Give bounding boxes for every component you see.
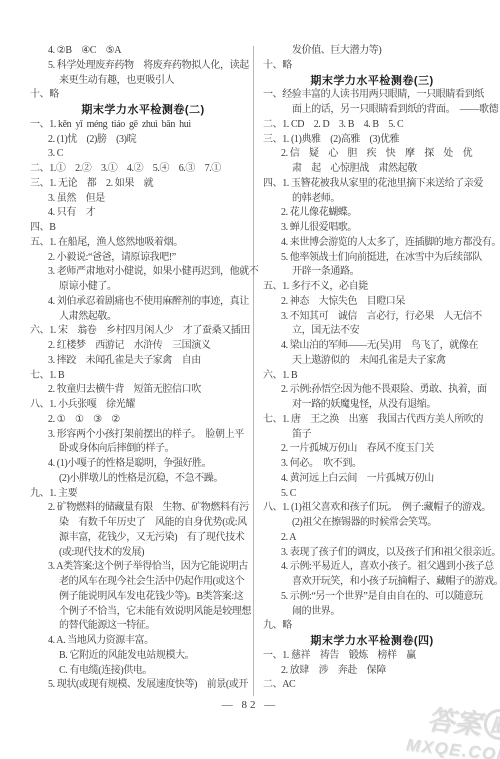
answer-line: 3. 形容两个小孩打架前摆出的样子。 脸朝上平 xyxy=(30,428,256,443)
answer-line: 老的风车在现今社会生活中仍起作用(或这个 xyxy=(30,575,256,590)
answer-line: 2. 小毅说:“爸爸，请原谅我吧!” xyxy=(30,251,256,266)
answer-line: 的韩老师。 xyxy=(263,192,481,207)
answer-line: 开辟一条通路。 xyxy=(263,265,481,280)
answer-line: 天上遨游似的 未闻孔雀是夫子家禽 xyxy=(263,354,481,369)
answer-line: 例子能说明风车发电花钱少等)。B类答案:这 xyxy=(30,590,256,605)
answer-line: 五、1. 多行不义，必自毙 xyxy=(263,280,481,295)
answer-line: 一、1. 慈祥 祷告 锻炼 榜样 赢 xyxy=(263,649,481,664)
answer-line: B. 它附近的风能发电站规模大。 xyxy=(30,649,256,664)
answer-line: 发价值、巨大潜力等) xyxy=(263,44,481,59)
column-divider xyxy=(253,46,254,696)
answer-line: 七、1. B xyxy=(30,369,256,384)
answer-line: 3. 蝉儿很爱唱歌。 xyxy=(263,221,481,236)
answer-line: 5. 科学处理废弃药物 将废弃药物拟人化，读起 xyxy=(30,59,256,74)
answer-line: 4. 来世博会游览的人太多了，连插脚的地方都没有。 xyxy=(263,236,481,251)
answer-line: 4. 示例:平易近人，喜欢小孩子。祖父遇到小孩子总 xyxy=(263,560,481,575)
answer-line: 三、1. (1)典雅 (2)高雅 (3)优雅 xyxy=(263,133,481,148)
answer-line: 个例子不恰当，它未能有效说明风能是较理想 xyxy=(30,605,256,620)
answer-line: 4. 只有 才 xyxy=(30,206,256,221)
exam-section-heading: 期末学力水平检测卷(三) xyxy=(263,74,481,89)
answer-line: 4. 黄河远上白云间 一片孤城万仞山 xyxy=(263,472,481,487)
answer-line: 三、1. 无论 都 2. 如果 就 xyxy=(30,177,256,192)
answer-line: (2)祖父在擦锡器的时候常会笑骂。 xyxy=(263,516,481,531)
answer-line: 3. 虽然 但是 xyxy=(30,192,256,207)
answer-line: 来更生动有趣，也更吸引人 xyxy=(30,74,256,89)
answer-line: 四、B xyxy=(30,221,256,236)
answer-line: 4. A. 当地风力资源丰富。 xyxy=(30,634,256,649)
answer-line: 面上的话，另一只眼睛看到纸的背面。 ——歌德 xyxy=(263,103,481,118)
answer-line: 5. C xyxy=(263,487,481,502)
answer-line: 2. 放肆 涉 奔赴 保障 xyxy=(263,664,481,679)
answer-line: 4. (1)小嘎子的性格是聪明，争强好胜。 xyxy=(30,457,256,472)
answer-line: 立，国无法不安 xyxy=(263,324,481,339)
answer-line: (2)小胖墩儿的性格是沉稳，不急不躁。 xyxy=(30,472,256,487)
answer-line: 人肃然起敬。 xyxy=(30,310,256,325)
answer-line: 2. (1)忧 (2)膀 (3)晥 xyxy=(30,133,256,148)
answer-line: 染 有数千年历史了 风能的自身优势(或:风 xyxy=(30,516,256,531)
answer-line: 肃 起 心惊胆战 肃然起敬 xyxy=(263,162,481,177)
watermark: 答案 圈 MXQE.COM xyxy=(405,696,500,759)
answer-line: 2. A xyxy=(263,531,481,546)
answer-line: 十、略 xyxy=(30,88,256,103)
answer-line: 4. 刘伯承忍着剧痛也不使用麻醉剂的事迹，真让 xyxy=(30,295,256,310)
left-column: 4. ②B ④C ⑤A5. 科学处理废弃药物 将废弃药物拟人化，读起来更生动有趣… xyxy=(30,44,256,693)
right-column: 发价值、巨大潜力等)十、略期末学力水平检测卷(三)一、经验丰富的人读书用两只眼睛… xyxy=(263,44,481,693)
answer-line: 5. 示例:“另一个世界”是自由自在的、可以随意玩 xyxy=(263,590,481,605)
answer-line: 一、1. kěn yǐ méng tiáo gē zhuì bān huì xyxy=(30,118,256,133)
answer-line: 闹的世界。 xyxy=(263,605,481,620)
answer-line: 二、1. CD 2. D 3. B 4. B 5. C xyxy=(263,118,481,133)
exam-section-heading: 期末学力水平检测卷(四) xyxy=(263,634,481,649)
answer-line: 八、1. 小兵张嘎 徐光耀 xyxy=(30,398,256,413)
answer-line: 2. 神态 大惊失色 目瞪口呆 xyxy=(263,295,481,310)
answer-line: 2. ① ① ③ ② xyxy=(30,413,256,428)
answer-line: 二、1.① 2.② 3.① 4.② 5.④ 6.③ 7.① xyxy=(30,162,256,177)
answer-line: 4. 梁山泊的军师——无(吴)用 鸟飞了，就像在 xyxy=(263,339,481,354)
answer-line: 3. 何必。 吹不到。 xyxy=(263,457,481,472)
answer-line: 二、AC xyxy=(263,678,481,693)
answer-line: 喜欢开玩笑，和小孩子玩摘帽子、藏帽子的游戏。 xyxy=(263,575,481,590)
answer-line: 2. 红楼梦 西游记 水浒传 三国演义 xyxy=(30,339,256,354)
answer-line: 2. 矿物燃料的储藏量有限 生物、矿物燃料有污 xyxy=(30,501,256,516)
answer-line: 3. 摔跤 未闻孔雀是夫子家禽 自由 xyxy=(30,354,256,369)
answer-line: 笛子 xyxy=(263,428,481,443)
answer-line: 源丰富，花钱少，又无污染) 有了现代技术 xyxy=(30,531,256,546)
answer-line: 六、1. 宋 翁卷 乡村四月闲人少 才了蚕桑又插田 xyxy=(30,324,256,339)
answer-line: 八、1. (1)祖父喜欢和孩子们玩。 例子:藏帽子的游戏。 xyxy=(263,501,481,516)
answer-line: 四、1. 玉簪花被我从家里的花池里摘下来送给了亲爱 xyxy=(263,177,481,192)
answer-line: 3. A类答案:这个例子举得恰当，因为它能说明古 xyxy=(30,560,256,575)
answer-line: 的替代能源这一特征。 xyxy=(30,619,256,634)
answer-line: 卧或身体向后摔倒的样子。 xyxy=(30,442,256,457)
answer-line: 九、1. 主要 xyxy=(30,487,256,502)
answer-line: 对一路的妖魔鬼怪，从没有退缩。 xyxy=(263,398,481,413)
answer-line: 一、经验丰富的人读书用两只眼睛，一只眼睛看到纸 xyxy=(263,88,481,103)
answer-line: 3. 老师严肃地对小健说，如果小健再迟到，他就不 xyxy=(30,265,256,280)
answer-line: (或:现代技术的发展) xyxy=(30,546,256,561)
answer-line: 2. 一片孤城万仞山 春风不度玉门关 xyxy=(263,442,481,457)
answer-line: 五、1. 在船尾，渔人悠然地吸着烟。 xyxy=(30,236,256,251)
answer-line: 2. 牧童归去横牛背 短笛无腔信口吹 xyxy=(30,383,256,398)
answer-line: 原谅小健了。 xyxy=(30,280,256,295)
answer-line: 5. 现状(或现有规模、发展速度快等) 前景(或开 xyxy=(30,678,256,693)
answer-line: 七、1. 唐 王之涣 出塞 我国古代西方美人所吹的 xyxy=(263,413,481,428)
watermark-logo-icon: 圈 xyxy=(482,707,500,741)
answer-line: 3. 不知其可 诚信 言必行，行必果 人无信不 xyxy=(263,310,481,325)
answer-line: 2. 示例:孙悟空:因为他不畏艰险、勇敢、执着，面 xyxy=(263,383,481,398)
watermark-logo-char: 圈 xyxy=(489,710,500,739)
watermark-brand-text: 答案 xyxy=(425,698,483,742)
answer-line: 九、略 xyxy=(263,619,481,634)
answer-line: 3. 表现了孩子们的调皮，以及孩子们和祖父很亲近。 xyxy=(263,546,481,561)
answer-line: 六、1. B xyxy=(263,369,481,384)
answer-line: 3. C xyxy=(30,147,256,162)
answer-line: 2. 花儿像花蝴蝶。 xyxy=(263,206,481,221)
answer-key-page: 4. ②B ④C ⑤A5. 科学处理废弃药物 将废弃药物拟人化，读起来更生动有趣… xyxy=(0,0,500,759)
answer-line: 4. ②B ④C ⑤A xyxy=(30,44,256,59)
answer-line: C. 有电缆(连接)供电。 xyxy=(30,664,256,679)
exam-section-heading: 期末学力水平检测卷(二) xyxy=(30,103,256,118)
answer-line: 2. 信 疑 心 胆 疾 快 摩 探 处 优 xyxy=(263,147,481,162)
answer-line: 5. 他率领战士们向前挺进，在冰雪中为后续部队 xyxy=(263,251,481,266)
answer-line: 十、略 xyxy=(263,59,481,74)
